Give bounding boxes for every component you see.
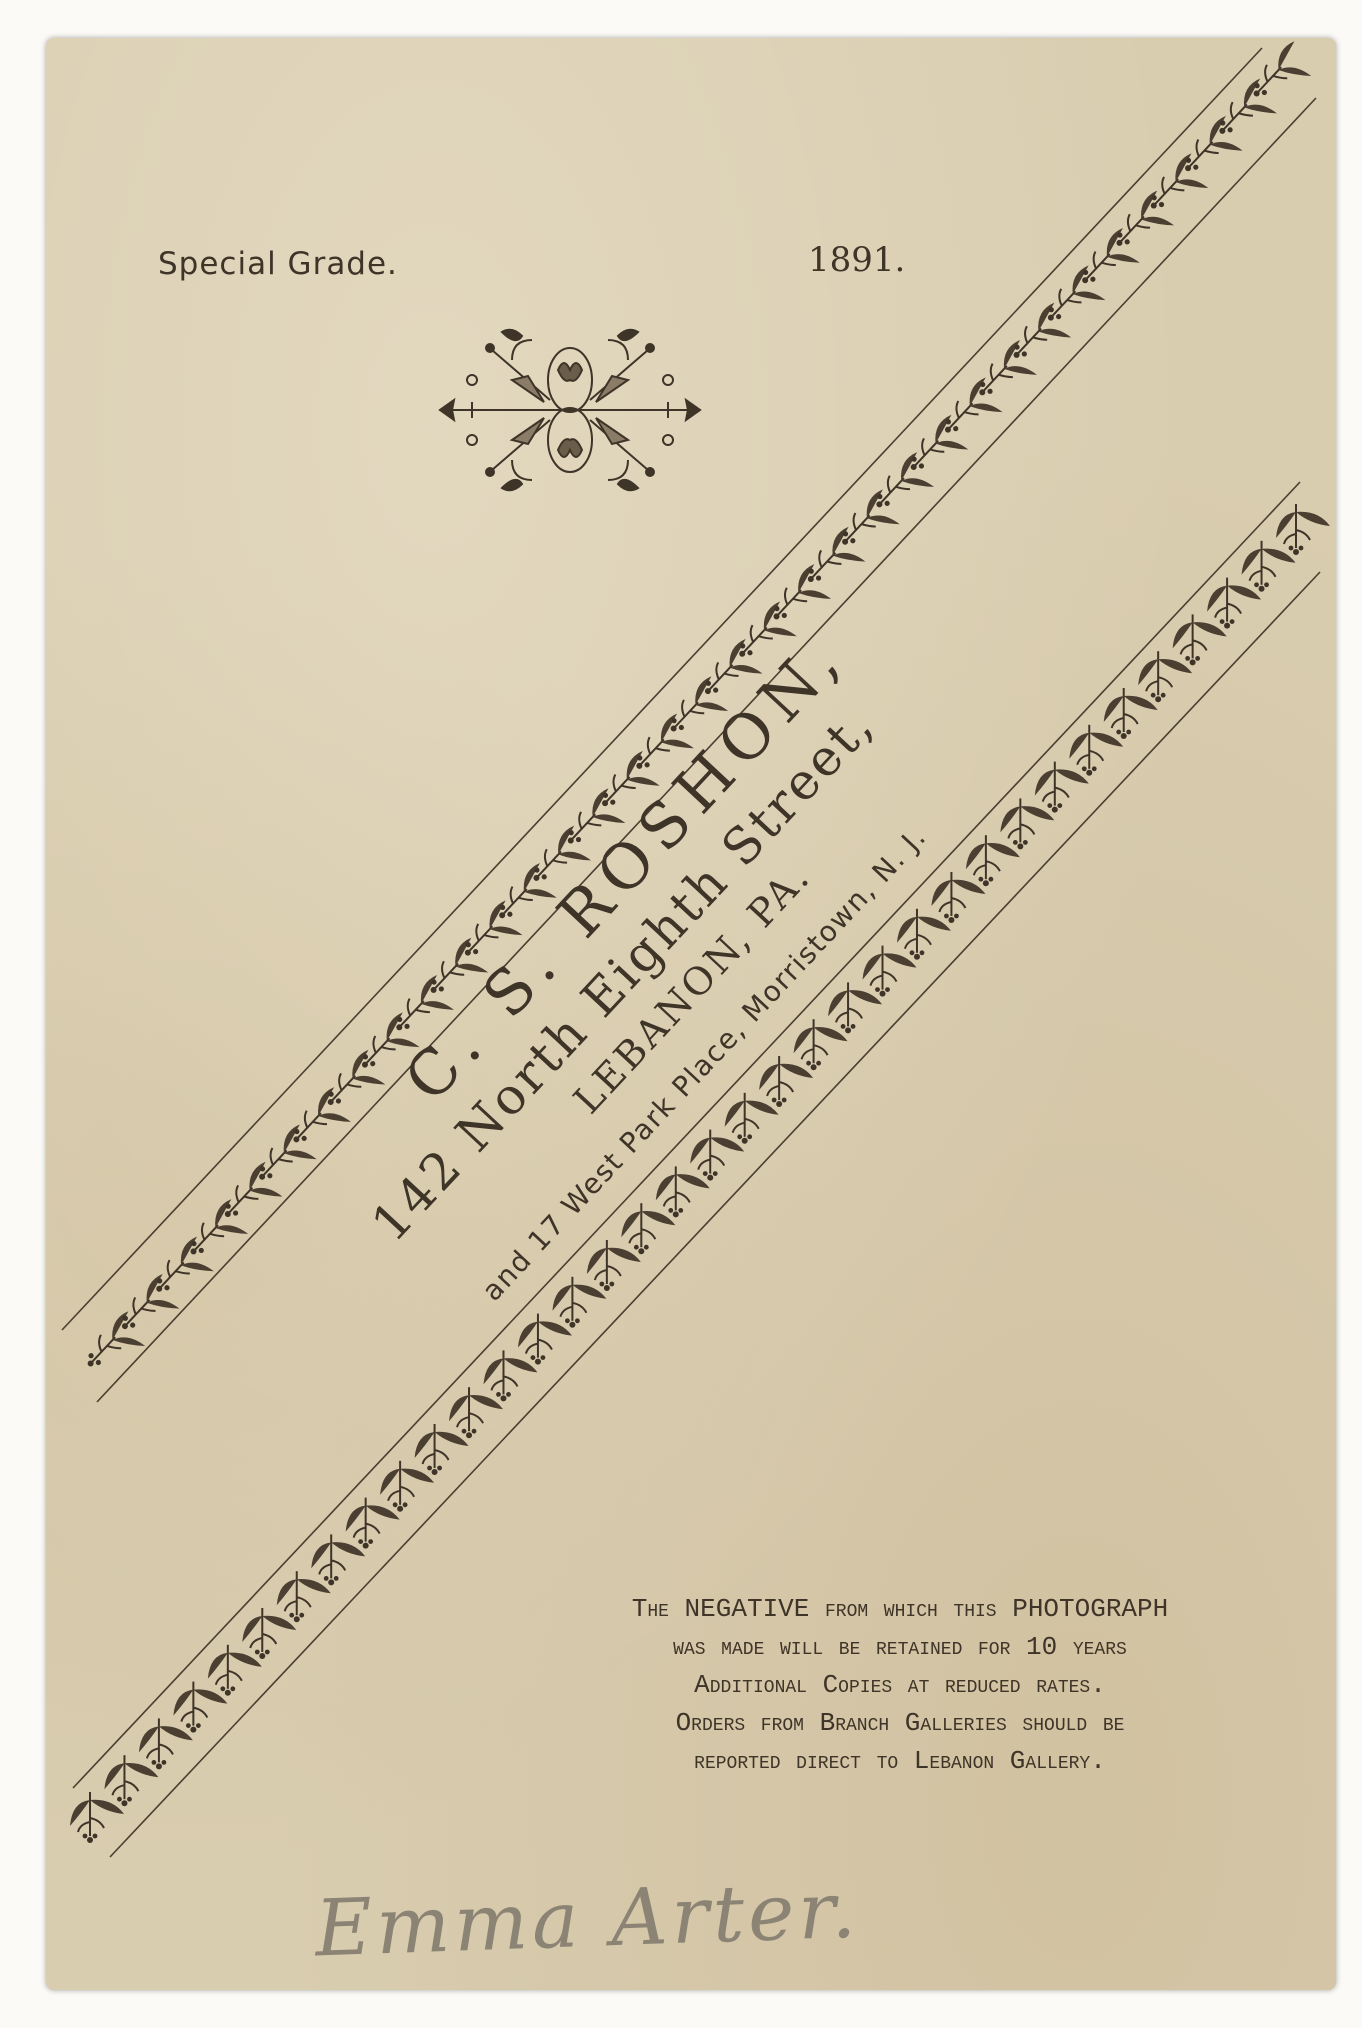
handwritten-name: Emma Arter. <box>314 1866 862 1975</box>
upper-band-outer-line <box>62 48 1262 1330</box>
floral-ornament-icon <box>432 320 708 500</box>
notice-line: was made will be retained for 10 years <box>500 1628 1300 1666</box>
grade-label: Special Grade. <box>158 246 398 282</box>
notice-line: reported direct to Lebanon Gallery. <box>500 1742 1300 1780</box>
year-label: 1891. <box>808 240 905 280</box>
notice-line: The NEGATIVE from which this PHOTOGRAPH <box>500 1590 1300 1628</box>
negative-notice: The NEGATIVE from which this PHOTOGRAPH … <box>500 1590 1300 1780</box>
notice-line: Orders from Branch Galleries should be <box>500 1704 1300 1742</box>
notice-line: Additional Copies at reduced rates. <box>500 1666 1300 1704</box>
